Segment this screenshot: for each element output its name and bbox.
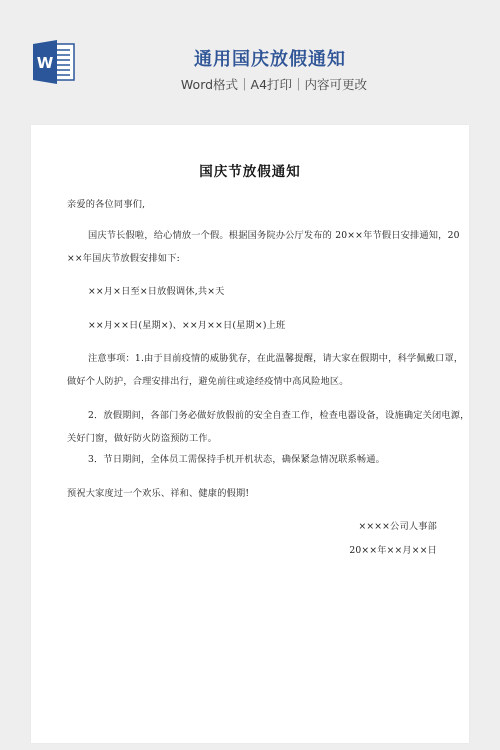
document-page: 国庆节放假通知 亲爱的各位同事们, 国庆节长假啦，给心情放一个假。根据国务院办公… — [31, 125, 469, 743]
notice-1-line1: 注意事项：1.由于目前疫情的威胁犹存，在此温馨提醒，请大家在假期中，科学佩戴口罩… — [88, 350, 463, 364]
notice-2-line2: 关好门窗，做好防火防盗预防工作。 — [67, 430, 217, 444]
signature-date: 20××年××月××日 — [349, 542, 437, 556]
intro-paragraph-line1: 国庆节长假啦，给心情放一个假。根据国务院办公厅发布的 20××年节假日安排通知，… — [88, 227, 460, 241]
greeting: 亲爱的各位同事们, — [67, 196, 145, 210]
notice-2-line1: 2．放假期间，各部门务必做好放假前的安全自查工作，检查电器设备，设施确定关闭电源… — [88, 407, 470, 421]
closing-wish: 预祝大家度过一个欢乐、祥和、健康的假期! — [67, 485, 249, 499]
header: W 通用国庆放假通知 Word格式｜A4打印｜内容可更改 — [0, 0, 500, 120]
work-schedule: ××月××日(星期×)、××月××日(星期×)上班 — [88, 317, 285, 331]
intro-paragraph-line2: ××年国庆节放假安排如下: — [67, 250, 180, 264]
notice-3: 3．节日期间，全体员工需保持手机开机状态，确保紧急情况联系畅通。 — [88, 451, 385, 465]
header-title: 通用国庆放假通知 — [0, 45, 500, 71]
document-title: 国庆节放假通知 — [31, 160, 469, 180]
notice-1-line2: 做好个人防护，合理安排出行，避免前往或途经疫情中高风险地区。 — [67, 373, 349, 387]
signature-organization: ××××公司人事部 — [358, 518, 437, 532]
header-subtitle: Word格式｜A4打印｜内容可更改 — [0, 75, 500, 93]
holiday-schedule: ××月×日至×日放假调休,共×天 — [88, 283, 225, 297]
